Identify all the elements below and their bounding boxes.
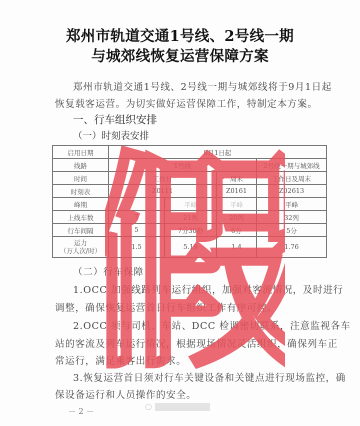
watermark-text-blurred xyxy=(155,403,210,411)
table-cell: 32列 xyxy=(257,211,327,224)
table-cell: 7 xyxy=(109,211,165,224)
item2-line3: 常运行，满足乘客出行需求。 xyxy=(55,353,186,367)
table-row: 峰期 平峰 平峰 平峰 xyxy=(53,198,327,211)
table-cell: Z0111 xyxy=(109,185,217,198)
intro-line2: 恢复载客运营。为切实做好运营保障工作，特制定本方案。 xyxy=(55,96,318,110)
subsection-heading-2: （二）行车保障 xyxy=(73,264,144,278)
item2-line2: 站的客流及列车运行情况，根据现场情况灵活组织，确保列车正 xyxy=(55,336,338,350)
table-cell: 1.76 xyxy=(257,237,327,258)
table-cell: 峰期 xyxy=(53,198,109,211)
table-row: 时刻表 Z0111 Z0161 Z02613 xyxy=(53,185,327,198)
table-cell: 5 xyxy=(109,224,165,237)
table-cell xyxy=(109,198,165,211)
item3-line2: 保设备运行和人员操作的安全。 xyxy=(55,387,196,401)
table-row: 时间 工作日 周末 工作日及周末 xyxy=(53,172,327,185)
table-cell: 周末 xyxy=(217,172,257,185)
table-cell: 1.4 xyxy=(217,237,257,258)
table-cell: 20列 xyxy=(217,211,257,224)
table-row: 运力 （万人次/时） 1.5 5.19 1.4 1.76 xyxy=(53,237,327,258)
weibo-icon: ○ xyxy=(145,402,152,411)
table-cell: 运力 （万人次/时） xyxy=(53,237,109,258)
table-row: 线路 1号线 2号线一期与城郊线 xyxy=(53,159,327,172)
table-cell: 1.5 xyxy=(109,237,165,258)
table-row: 行车间隔 5 7分30秒 6分 5分 xyxy=(53,224,327,237)
timetable-table: 启用日期 9月1日起 线路 1号线 2号线一期与城郊线 时间 工作日 周末 工作… xyxy=(52,145,327,258)
item3-line1: 3.恢复运营首日须对行车关键设备和关键点进行现场监控，确 xyxy=(73,370,346,384)
item2-line1: 2.OCC 须与司机、车站、DCC 检调密切联系，注意监视各车 xyxy=(73,318,351,332)
table-cell: 7分30秒 xyxy=(165,224,217,237)
table-cell: 线路 xyxy=(53,159,109,172)
table-cell: 21列 xyxy=(165,211,217,224)
table-cell: 平峰 xyxy=(257,198,327,211)
table-cell: 行车间隔 xyxy=(53,224,109,237)
document-title-line1: 郑州市轨道交通1号线、2号线一期 xyxy=(0,25,360,46)
watermark: ○ xyxy=(145,402,210,411)
subsection-heading-1: （一）时刻表安排 xyxy=(73,128,149,142)
table-cell: 工作日 xyxy=(109,172,217,185)
cell-label-line2: （万人次/时） xyxy=(53,247,108,255)
table-cell: 上线车数 xyxy=(53,211,109,224)
table-cell: 9月1日起 xyxy=(109,146,327,159)
table-row: 上线车数 7 21列 20列 32列 xyxy=(53,211,327,224)
table-cell: 6分 xyxy=(217,224,257,237)
table-cell: 2号线一期与城郊线 xyxy=(257,159,327,172)
table-cell: 1号线 xyxy=(109,159,257,172)
table-cell: 时间 xyxy=(53,172,109,185)
intro-line1: 郑州市轨道交通1号线、2号线一期与城郊线将于9月1日起 xyxy=(73,79,332,93)
section-heading-1: 一、行车组织安排 xyxy=(73,112,157,127)
item1-line1: 1.OCC 加强线路列车运行组织，加强对客流情况，及时进行 xyxy=(73,282,343,296)
table-cell: 平峰 xyxy=(217,198,257,211)
table-cell: 启用日期 xyxy=(53,146,109,159)
table-cell: 平峰 xyxy=(165,198,217,211)
document-page: 郑州市轨道交通1号线、2号线一期 与城郊线恢复运营保障方案 郑州市轨道交通1号线… xyxy=(0,0,360,426)
page-number: － 2 － xyxy=(68,406,94,417)
table-cell: 5.19 xyxy=(165,237,217,258)
table-cell: 工作日及周末 xyxy=(257,172,327,185)
cell-label-line1: 运力 xyxy=(53,239,108,247)
table-row: 启用日期 9月1日起 xyxy=(53,146,327,159)
table-cell: 5分 xyxy=(257,224,327,237)
table-cell: Z02613 xyxy=(257,185,327,198)
document-title-line2: 与城郊线恢复运营保障方案 xyxy=(0,45,360,66)
table-cell: Z0161 xyxy=(217,185,257,198)
table-cell: 时刻表 xyxy=(53,185,109,198)
item1-line2: 调整，确保恢复运营首日行车组织工作有序可控。 xyxy=(55,300,277,314)
